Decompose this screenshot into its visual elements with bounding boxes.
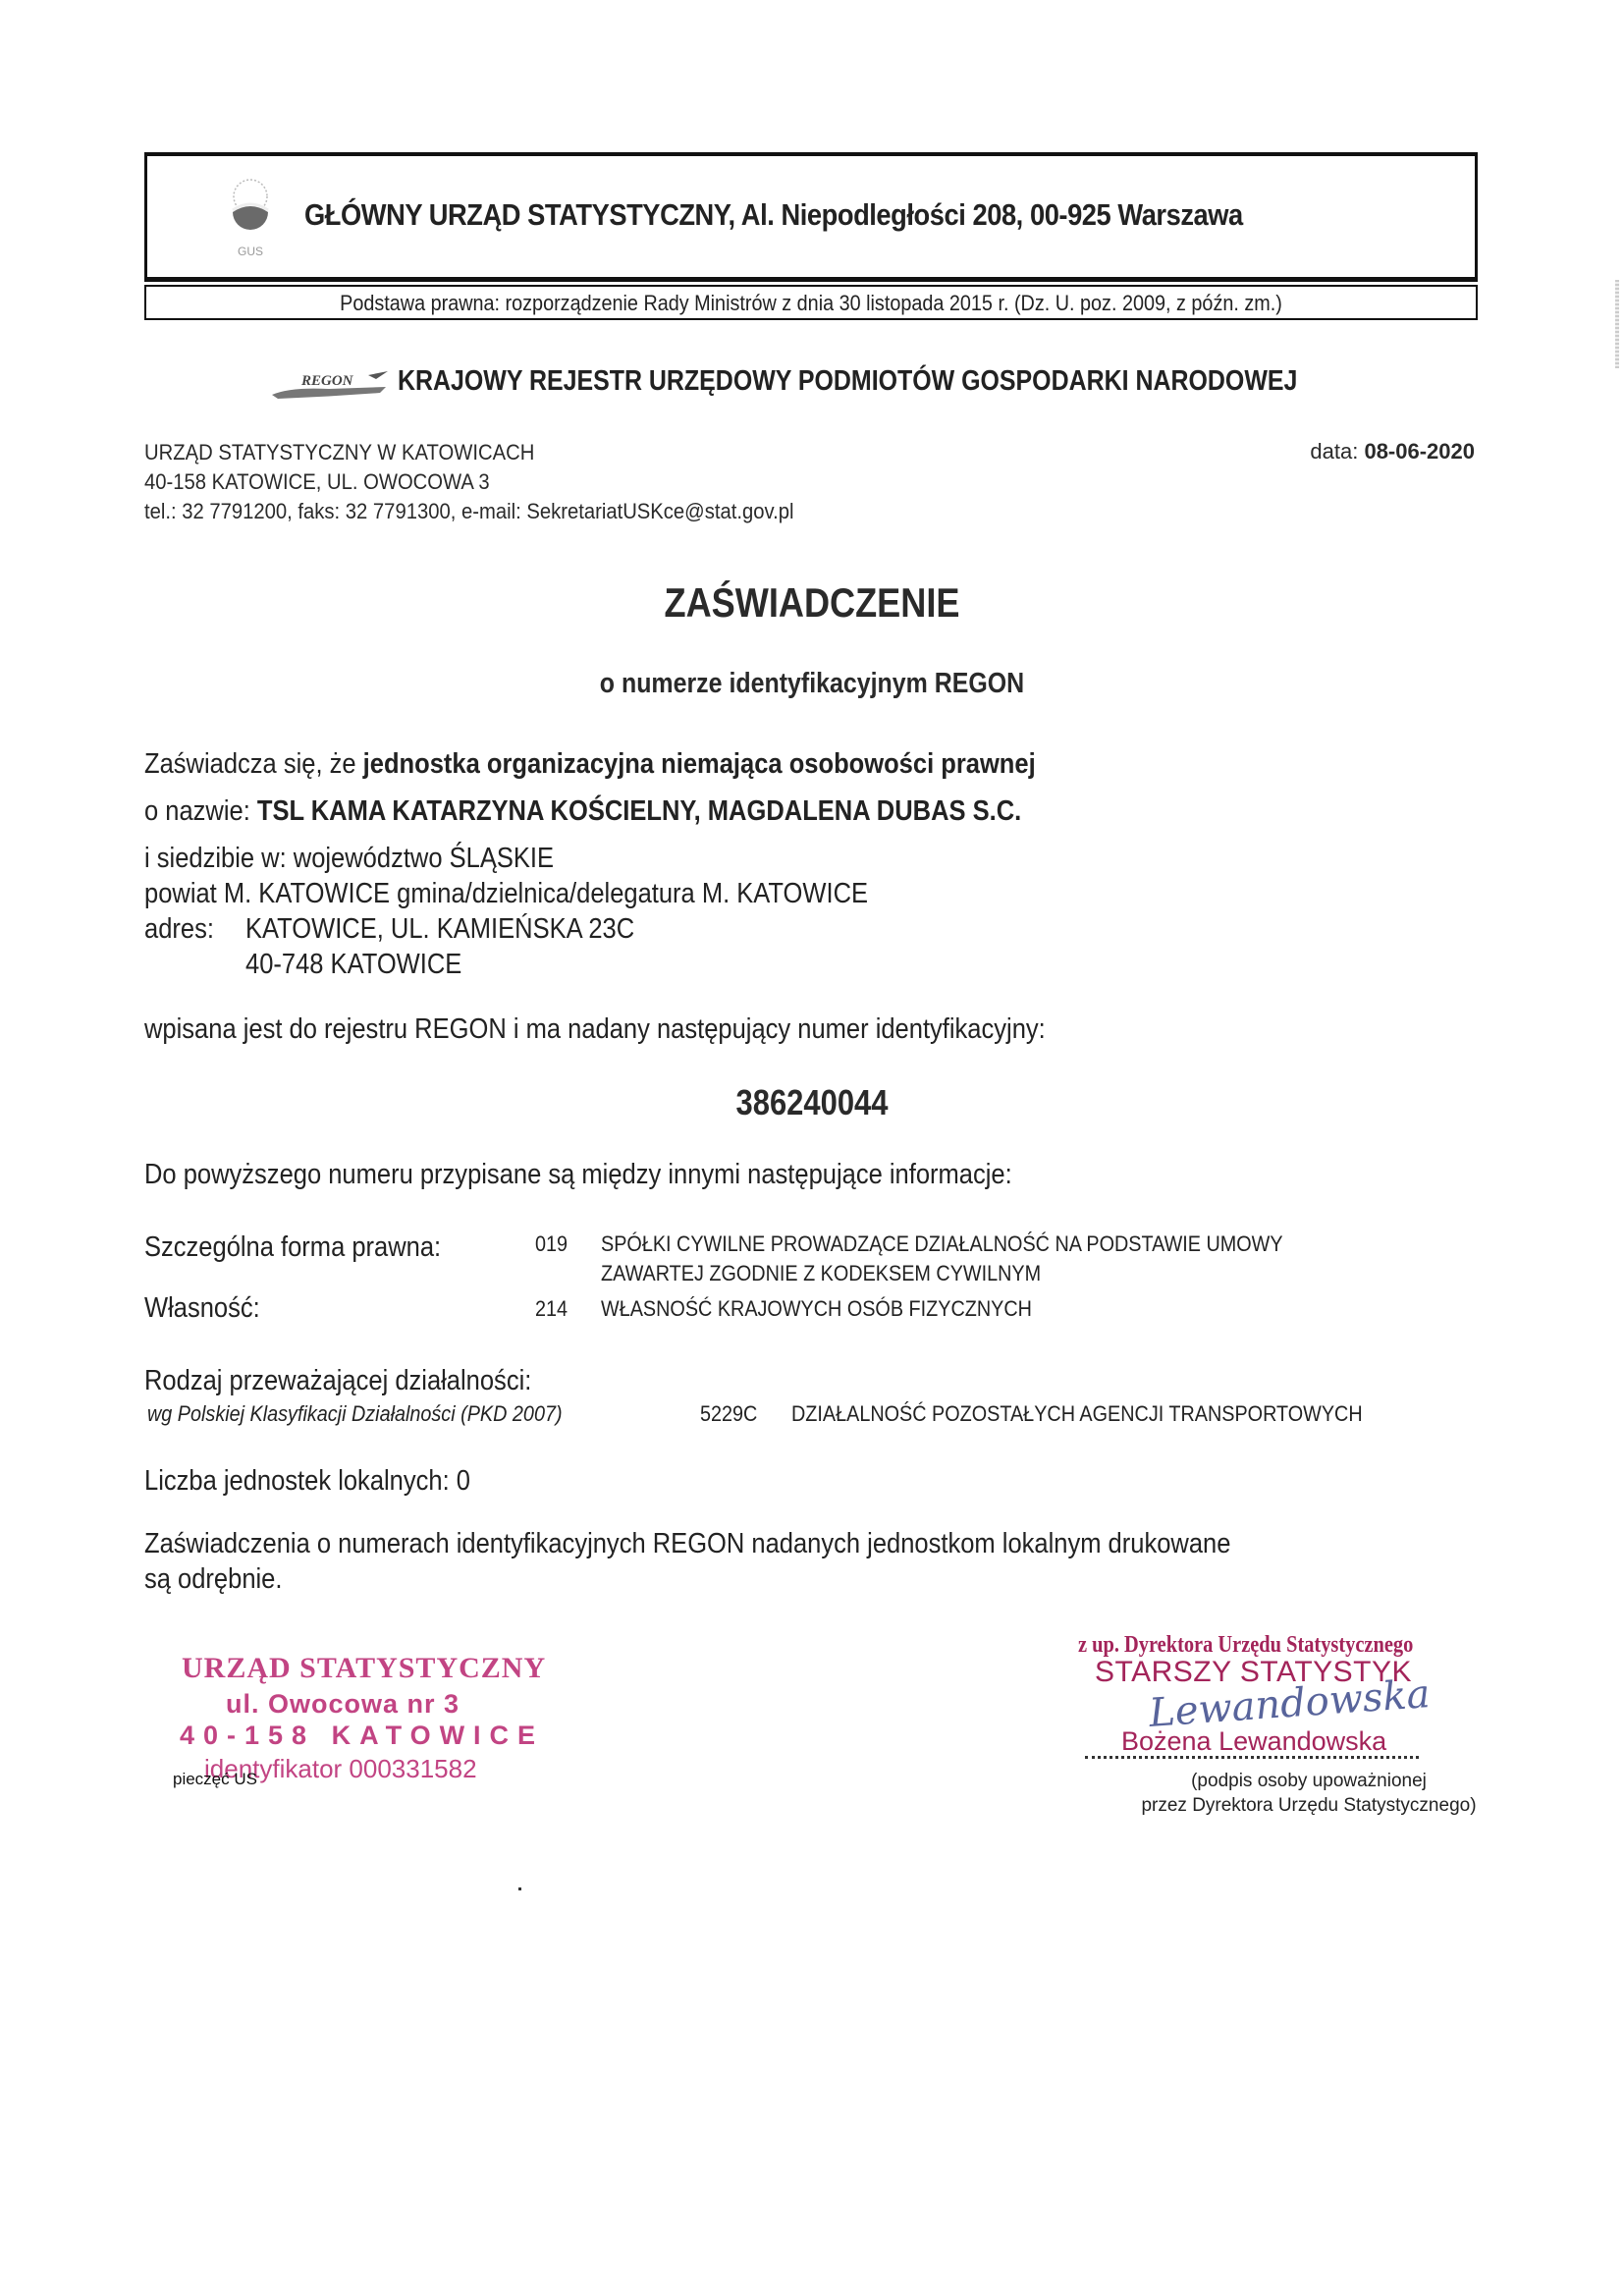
- local-units-count: Liczba jednostek lokalnych: 0: [144, 1465, 470, 1498]
- signature-dotted-line: [1085, 1756, 1419, 1759]
- entity-intro: Zaświadcza się, że jednostka organizacyj…: [144, 748, 1036, 781]
- document-subtitle: o numerze identyfikacyjnym REGON: [114, 668, 1510, 700]
- entity-name: TSL KAMA KATARZYNA KOŚCIELNY, MAGDALENA …: [257, 795, 1021, 827]
- entity-name-line: o nazwie: TSL KAMA KATARZYNA KOŚCIELNY, …: [144, 795, 1021, 828]
- header-box: GUS GŁÓWNY URZĄD STATYSTYCZNY, Al. Niepo…: [144, 152, 1478, 282]
- entity-address-line1: KATOWICE, UL. KAMIEŃSKA 23C: [245, 913, 634, 946]
- stamp-street: ul. Owocowa nr 3: [226, 1689, 460, 1720]
- registration-statement: wpisana jest do rejestru REGON i ma nada…: [144, 1013, 1046, 1046]
- local-units-note-line2: są odrębnie.: [144, 1563, 282, 1596]
- legal-basis-text: Podstawa prawna: rozporządzenie Rady Min…: [213, 291, 1410, 316]
- signatory-name: Bożena Lewandowska: [1121, 1726, 1386, 1757]
- issue-date: data: 08-06-2020: [1310, 439, 1475, 465]
- stamp-city: 40-158 KATOWICE: [180, 1721, 544, 1751]
- svg-text:REGON: REGON: [300, 373, 354, 389]
- office-contact: tel.: 32 7791200, faks: 32 7791300, e-ma…: [144, 499, 793, 524]
- ownership-label: Własność:: [144, 1292, 260, 1325]
- office-name: URZĄD STATYSTYCZNY W KATOWICACH: [144, 440, 534, 465]
- header-title: GŁÓWNY URZĄD STATYSTYCZNY, Al. Niepodleg…: [304, 197, 1243, 233]
- activity-code: 5229C: [700, 1401, 757, 1427]
- date-value: 08-06-2020: [1364, 439, 1475, 464]
- activity-label: Rodzaj przeważającej działalności:: [144, 1365, 531, 1397]
- document-title: ZAŚWIADCZENIE: [114, 579, 1510, 627]
- regon-number: 386240044: [114, 1082, 1510, 1123]
- entity-address-label: adres:: [144, 913, 214, 946]
- gus-logo-icon: GUS: [221, 171, 280, 261]
- svg-text:GUS: GUS: [238, 245, 263, 258]
- name-prefix: o nazwie:: [144, 795, 257, 827]
- scan-dust-speck: [518, 1887, 521, 1890]
- date-label: data:: [1310, 439, 1358, 464]
- activity-desc: DZIAŁALNOŚĆ POZOSTAŁYCH AGENCJI TRANSPOR…: [791, 1401, 1363, 1427]
- entity-district: powiat M. KATOWICE gmina/dzielnica/deleg…: [144, 878, 868, 910]
- entity-seat: i siedzibie w: województwo ŚLĄSKIE: [144, 843, 554, 875]
- registry-title: KRAJOWY REJESTR URZĘDOWY PODMIOTÓW GOSPO…: [398, 365, 1297, 398]
- intro-prefix: Zaświadcza się, że: [144, 748, 363, 780]
- signature-caption-line1: (podpis osoby upoważnionej: [0, 1771, 1624, 1792]
- scan-artifact: [1615, 280, 1619, 368]
- local-units-note-line1: Zaświadczenia o numerach identyfikacyjny…: [144, 1528, 1230, 1560]
- entity-address-line2: 40-748 KATOWICE: [245, 949, 461, 981]
- legal-basis-box: Podstawa prawna: rozporządzenie Rady Min…: [144, 285, 1478, 320]
- regon-logo-icon: REGON: [270, 365, 393, 401]
- legal-form-label: Szczególna forma prawna:: [144, 1231, 441, 1264]
- signature-caption-line2: przez Dyrektora Urzędu Statystycznego): [0, 1795, 1624, 1817]
- ownership-code: 214: [535, 1296, 568, 1322]
- signature-authority: z up. Dyrektora Urzędu Statystycznego: [1078, 1632, 1413, 1659]
- legal-form-desc-line1: SPÓŁKI CYWILNE PROWADZĄCE DZIAŁALNOŚĆ NA…: [601, 1231, 1283, 1257]
- stamp-office: URZĄD STATYSTYCZNY: [182, 1652, 546, 1685]
- legal-form-desc-line2: ZAWARTEJ ZGODNIE Z KODEKSEM CYWILNYM: [601, 1261, 1041, 1286]
- legal-form-code: 019: [535, 1231, 568, 1257]
- activity-classification: wg Polskiej Klasyfikacji Działalności (P…: [147, 1401, 563, 1427]
- entity-type: jednostka organizacyjna niemająca osobow…: [363, 748, 1036, 780]
- info-intro: Do powyższego numeru przypisane są międz…: [144, 1159, 1012, 1191]
- office-address: 40-158 KATOWICE, UL. OWOCOWA 3: [144, 469, 490, 495]
- ownership-desc: WŁASNOŚĆ KRAJOWYCH OSÓB FIZYCZNYCH: [601, 1296, 1032, 1322]
